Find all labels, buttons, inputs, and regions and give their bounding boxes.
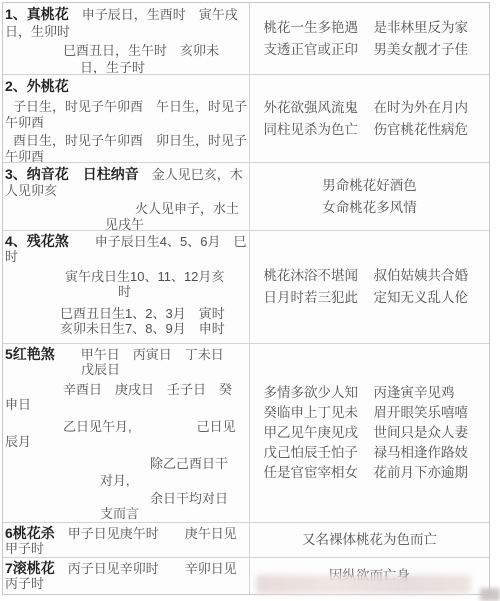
verse-line: 女命桃花多风情 — [250, 197, 489, 219]
cell-text: 申子辰日生4、5、6月 巳 — [69, 234, 247, 249]
table-row-2-outer-peach-blossom: 2、外桃花子日生，时见子午卯酉 午日生，时见子午卯酉酉日生，时见子午卯酉 卯日生… — [3, 75, 489, 163]
text-line: 2、外桃花 — [5, 78, 248, 95]
cell-text: 酉日生，时见子午卯酉 卯日生，时见子 — [13, 133, 247, 148]
cell-text: 甲子时 — [5, 541, 44, 556]
cell-text: 辰月 — [5, 434, 31, 449]
text-line: 甲子时 — [5, 541, 248, 556]
text-line: 酉日生，时见子午卯酉 卯日生，时见子 — [13, 133, 248, 149]
right-cell-1-true-peach-blossom: 桃花一生多艳遇是非林里反为家支透正官或正印男美女靓才子佳 — [250, 3, 489, 74]
verse-line: 多情多欲少人知丙逢寅辛见鸡 — [250, 383, 489, 403]
text-line: 寅午戌日生10、11、12月亥 — [65, 269, 248, 284]
row-label: 6桃花杀 — [5, 525, 55, 541]
row-label: 1、真桃花 — [5, 6, 69, 22]
text-line: 日，生子时 — [80, 59, 248, 74]
verse-right: 禄马相逢作路妓 — [374, 443, 476, 463]
row-label: 2、外桃花 — [5, 78, 69, 94]
cell-text: 丙子日见辛卯时 辛卯日见 — [55, 561, 237, 576]
text-line: 子日生，时见子午卯酉 午日生，时见子 — [13, 99, 248, 115]
verse-left: 桃花沐浴不堪闻 — [264, 265, 364, 287]
verse-line: 同柱见杀为色亡伤官桃花性病危 — [250, 119, 489, 141]
verse-left: 戊己怕辰壬怕子 — [264, 443, 364, 463]
cell-text: 时 — [118, 284, 131, 299]
text-line: 日，生卯时 — [5, 23, 248, 40]
text-line: 火人见申子，水土 — [135, 201, 248, 217]
verse-left: 外花欲强风流鬼 — [264, 97, 364, 119]
cell-text: 火人见申子，水土 — [135, 201, 239, 216]
left-cell-3-nayin-blossom: 3、纳音花 日柱纳音 金人见巳亥，木人见卯亥火人见申子，水土见戌午 — [3, 163, 250, 230]
cell-text: 子日生，时见子午卯酉 午日生，时见子 — [13, 99, 247, 114]
text-line: 申日 — [5, 397, 248, 412]
left-cell-4-withered-blossom-sha: 4、残花煞 申子辰日生4、5、6月 巳时寅午戌日生10、11、12月亥时巳酉丑日… — [3, 231, 250, 343]
text-line: 巳酉丑日，生午时 亥卯未 — [63, 42, 248, 59]
cell-text: 人见卯亥 — [5, 183, 57, 198]
left-cell-2-outer-peach-blossom: 2、外桃花子日生，时见子午卯酉 午日生，时见子午卯酉酉日生，时见子午卯酉 卯日生… — [3, 75, 250, 162]
text-line: 午卯酉 — [5, 115, 248, 131]
cell-text: 午卯酉 — [5, 149, 44, 162]
verse-left: 癸临申上丁见未 — [264, 403, 364, 423]
text-line: 午卯酉 — [5, 149, 248, 162]
verse-line: 因纵欲而亡身 — [250, 565, 489, 587]
peach-blossom-table: 1、真桃花 申子辰日，生酉时 寅午戌日，生卯时巳酉丑日，生午时 亥卯未日，生子时… — [2, 2, 490, 595]
text-line: 亥卯未日生7、8、9月 申时 — [60, 321, 248, 336]
cell-text: 申子辰日，生酉时 寅午戌 — [69, 7, 238, 22]
verse-right: 是非林里反为家 — [374, 17, 476, 39]
cell-text: 日，生卯时 — [5, 24, 70, 39]
verse-line: 日月时若三犯此定知无义乱人伦 — [250, 287, 489, 309]
right-cell-3-nayin-blossom: 男命桃花好酒色女命桃花多风情 — [250, 163, 489, 230]
text-line: 辰月 — [5, 434, 248, 449]
cell-text: 巳酉丑日生1、2、3月 寅时 — [60, 306, 225, 321]
left-cell-1-true-peach-blossom: 1、真桃花 申子辰日，生酉时 寅午戌日，生卯时巳酉丑日，生午时 亥卯未日，生子时 — [3, 3, 250, 74]
text-line: 1、真桃花 申子辰日，生酉时 寅午戌 — [5, 6, 248, 23]
row-label: 4、残花煞 — [5, 233, 69, 249]
text-line: 5红艳煞 甲午日 丙寅日 丁未日 — [5, 347, 248, 362]
verse-right: 定知无义乱人伦 — [374, 287, 476, 309]
cell-text: 巳酉丑日，生午时 亥卯未 — [63, 43, 219, 58]
text-line: 戊辰日 — [81, 362, 248, 377]
text-line: 丙子时 — [5, 576, 248, 591]
verse-left: 任是官宦宰相女 — [264, 463, 364, 483]
table-row-5-red-charm-sha: 5红艳煞 甲午日 丙寅日 丁未日戊辰日辛酉日 庚戌日 壬子日 癸申日乙日见午月,… — [3, 344, 489, 523]
cell-text: 见戌午 — [105, 217, 144, 230]
text-line: 时 — [118, 284, 248, 299]
cell-text: 丙子时 — [5, 576, 44, 591]
verse-left: 支透正官或正印 — [264, 39, 364, 61]
verse-right: 男美女靓才子佳 — [374, 39, 476, 61]
text-line: 巳酉丑日生1、2、3月 寅时 — [60, 306, 248, 321]
text-line: 3、纳音花 日柱纳音 金人见巳亥，木 — [5, 166, 248, 183]
cell-text: 除乙己酉日干 — [150, 456, 228, 471]
table-row-1-true-peach-blossom: 1、真桃花 申子辰日，生酉时 寅午戌日，生卯时巳酉丑日，生午时 亥卯未日，生子时… — [3, 3, 489, 75]
verse-line: 任是官宦宰相女花前月下亦逾期 — [250, 463, 489, 483]
cell-text: 金人见巳亥，木 — [139, 167, 243, 182]
verse-line: 甲乙见午庚见戌世间只是众人妻 — [250, 423, 489, 443]
right-cell-6-peach-blossom-kill: 又名裸体桃花为色而亡 — [250, 523, 489, 557]
cell-text: 支而言 — [100, 506, 139, 521]
cell-text: 对月, — [100, 473, 130, 488]
text-line: 除乙己酉日干 — [150, 456, 248, 471]
right-cell-2-outer-peach-blossom: 外花欲强风流鬼在时为外在月内同柱见杀为色亡伤官桃花性病危 — [250, 75, 489, 162]
verse-right: 丙逢寅辛见鸡 — [374, 383, 476, 403]
table-row-6-peach-blossom-kill: 6桃花杀 甲子日见庚午时 庚午日见甲子时又名裸体桃花为色而亡 — [3, 523, 489, 558]
cell-text: 辛酉日 庚戌日 壬子日 癸 — [63, 382, 232, 397]
text-line: 支而言 — [100, 506, 248, 521]
verse-line: 男命桃花好酒色 — [250, 175, 489, 197]
verse-line: 外花欲强风流鬼在时为外在月内 — [250, 97, 489, 119]
verse-line: 戊己怕辰壬怕子禄马相逢作路妓 — [250, 443, 489, 463]
text-line: 人见卯亥 — [5, 183, 248, 199]
verse-right: 伤官桃花性病危 — [374, 119, 476, 141]
cell-text: 亥卯未日生7、8、9月 申时 — [60, 321, 225, 336]
cell-text: 申日 — [5, 397, 31, 412]
left-cell-5-red-charm-sha: 5红艳煞 甲午日 丙寅日 丁未日戊辰日辛酉日 庚戌日 壬子日 癸申日乙日见午月,… — [3, 344, 250, 522]
verse-line: 桃花一生多艳遇是非林里反为家 — [250, 17, 489, 39]
verse-left: 日月时若三犯此 — [264, 287, 364, 309]
verse-left: 多情多欲少人知 — [264, 383, 364, 403]
text-line: 对月, — [100, 473, 248, 488]
verse-right: 叔伯姑姨共合婚 — [374, 265, 476, 287]
cell-text: 午卯酉 — [5, 115, 44, 130]
verse-line: 支透正官或正印男美女靓才子佳 — [250, 39, 489, 61]
verse-right: 在时为外在月内 — [374, 97, 476, 119]
table-row-3-nayin-blossom: 3、纳音花 日柱纳音 金人见巳亥，木人见卯亥火人见申子，水土见戌午男命桃花好酒色… — [3, 163, 489, 231]
verse-left: 桃花一生多艳遇 — [264, 17, 364, 39]
row-label: 5红艳煞 — [5, 346, 55, 362]
text-line: 辛酉日 庚戌日 壬子日 癸 — [63, 382, 248, 397]
verse-line: 桃花沐浴不堪闻叔伯姑姨共合婚 — [250, 265, 489, 287]
right-cell-4-withered-blossom-sha: 桃花沐浴不堪闻叔伯姑姨共合婚日月时若三犯此定知无义乱人伦 — [250, 231, 489, 343]
verse-right: 世间只是众人妻 — [374, 423, 476, 443]
right-cell-5-red-charm-sha: 多情多欲少人知丙逢寅辛见鸡癸临申上丁见未眉开眼笑乐嘻嘻甲乙见午庚见戌世间只是众人… — [250, 344, 489, 522]
cell-text: 日，生子时 — [80, 60, 145, 74]
cell-text: 乙日见午月, 己日见 — [63, 419, 236, 434]
table-row-7-rolling-peach-blossom: 7滚桃花 丙子日见辛卯时 辛卯日见丙子时因纵欲而亡身 — [3, 558, 489, 594]
text-line: 4、残花煞 申子辰日生4、5、6月 巳 — [5, 234, 248, 249]
page: 1、真桃花 申子辰日，生酉时 寅午戌日，生卯时巳酉丑日，生午时 亥卯未日，生子时… — [0, 0, 500, 601]
row-label: 7滚桃花 — [5, 560, 55, 576]
text-line: 乙日见午月, 己日见 — [63, 419, 248, 434]
left-cell-6-peach-blossom-kill: 6桃花杀 甲子日见庚午时 庚午日见甲子时 — [3, 523, 250, 557]
verse-right: 花前月下亦逾期 — [374, 463, 476, 483]
verse-line: 又名裸体桃花为色而亡 — [250, 529, 489, 551]
left-cell-7-rolling-peach-blossom: 7滚桃花 丙子日见辛卯时 辛卯日见丙子时 — [3, 558, 250, 594]
table-row-4-withered-blossom-sha: 4、残花煞 申子辰日生4、5、6月 巳时寅午戌日生10、11、12月亥时巳酉丑日… — [3, 231, 489, 344]
text-line: 时 — [5, 249, 248, 264]
text-line: 6桃花杀 甲子日见庚午时 庚午日见 — [5, 526, 248, 541]
verse-right: 眉开眼笑乐嘻嘻 — [374, 403, 476, 423]
cell-text: 寅午戌日生10、11、12月亥 — [65, 269, 224, 284]
cell-text: 余日干均对日 — [150, 491, 228, 506]
text-line: 见戌午 — [105, 217, 248, 230]
verse-left: 甲乙见午庚见戌 — [264, 423, 364, 443]
text-line: 余日干均对日 — [150, 491, 248, 506]
text-line: 7滚桃花 丙子日见辛卯时 辛卯日见 — [5, 561, 248, 576]
right-cell-7-rolling-peach-blossom: 因纵欲而亡身 — [250, 558, 489, 594]
verse-left: 同柱见杀为色亡 — [264, 119, 364, 141]
cell-text: 甲子日见庚午时 庚午日见 — [55, 526, 237, 541]
cell-text: 甲午日 丙寅日 丁未日 — [55, 347, 224, 362]
row-label: 3、纳音花 日柱纳音 — [5, 166, 139, 182]
cell-text: 戊辰日 — [81, 362, 120, 377]
verse-line: 癸临申上丁见未眉开眼笑乐嘻嘻 — [250, 403, 489, 423]
cell-text: 时 — [5, 249, 18, 264]
